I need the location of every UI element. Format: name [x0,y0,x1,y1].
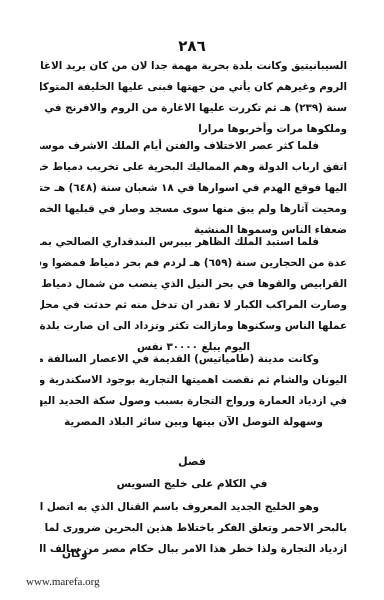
text-line: وسهولة التوصل الآن بينها وبين سائر البلا… [40,412,347,433]
text-line: سنة (٢٣٩) هـ ثم تكررت عليها الاغارة من ا… [40,98,347,119]
document-page: ٢٨٦ السيبانيتيق وكانت بلدة بحرية مهمة جد… [0,0,384,600]
text-line: القرابيص والقوها في بحر النيل الذي ينصب … [40,274,347,295]
text-line: اليها فوقع الهدم في اسوارها في ١٨ شعبان … [40,178,347,199]
text-line: الروم وغيرهم كان يأتي من جهتها فبنى عليه… [40,77,347,98]
paragraph-2: فلما كثر عصر الاختلاف والفتن أيام الملك … [40,136,347,241]
text-line: فلما كثر عصر الاختلاف والفتن أيام الملك … [40,136,347,157]
text-line: اليونان والشام ثم نقصت اهميتها التجارية … [40,370,347,391]
page-number: ٢٨٦ [0,37,384,55]
catchword: وكان [62,548,88,560]
text-line: عدة من الحجارين سنة (٦٥٩) هـ لردم فم بحر… [40,253,347,274]
text-line: عملها الناس وسكنوها ومازالت تكثر وتزداد … [40,316,347,337]
section-subtitle: في الكلام على خليج السويس [0,478,384,490]
text-line: وكانت مدينة (طامياتيس) القديمة في الاعصا… [40,349,347,370]
paragraph-3: فلما استبد الملك الظاهر بيبرس البندقداري… [40,232,347,358]
text-line: وصارت المراكب الكبار لا تقدر ان تدخل منه… [40,295,347,316]
watermark-link: www.marefa.org [26,576,100,588]
text-line: في ازدياد العمارة ورواج التجارة بسبب وصو… [40,391,347,412]
text-line: ومحيت آثارها ولم يبق منها سوى مسجد وصار … [40,199,347,220]
paragraph-1: السيبانيتيق وكانت بلدة بحرية مهمة جدا لا… [40,56,347,140]
text-line: وهو الخليج الجديد المعروف باسم القنال ال… [40,497,347,518]
paragraph-4: وكانت مدينة (طامياتيس) القديمة في الاعصا… [40,349,347,433]
text-line: اتفق ارباب الدولة وهم المماليك البحرية ع… [40,157,347,178]
text-line: بالبحر الاحمر وتعلق الفكر باختلاط هذين ا… [40,518,347,539]
section-title: فصل [0,455,384,468]
text-line: فلما استبد الملك الظاهر بيبرس البندقداري… [40,232,347,253]
text-line: السيبانيتيق وكانت بلدة بحرية مهمة جدا لا… [40,56,347,77]
